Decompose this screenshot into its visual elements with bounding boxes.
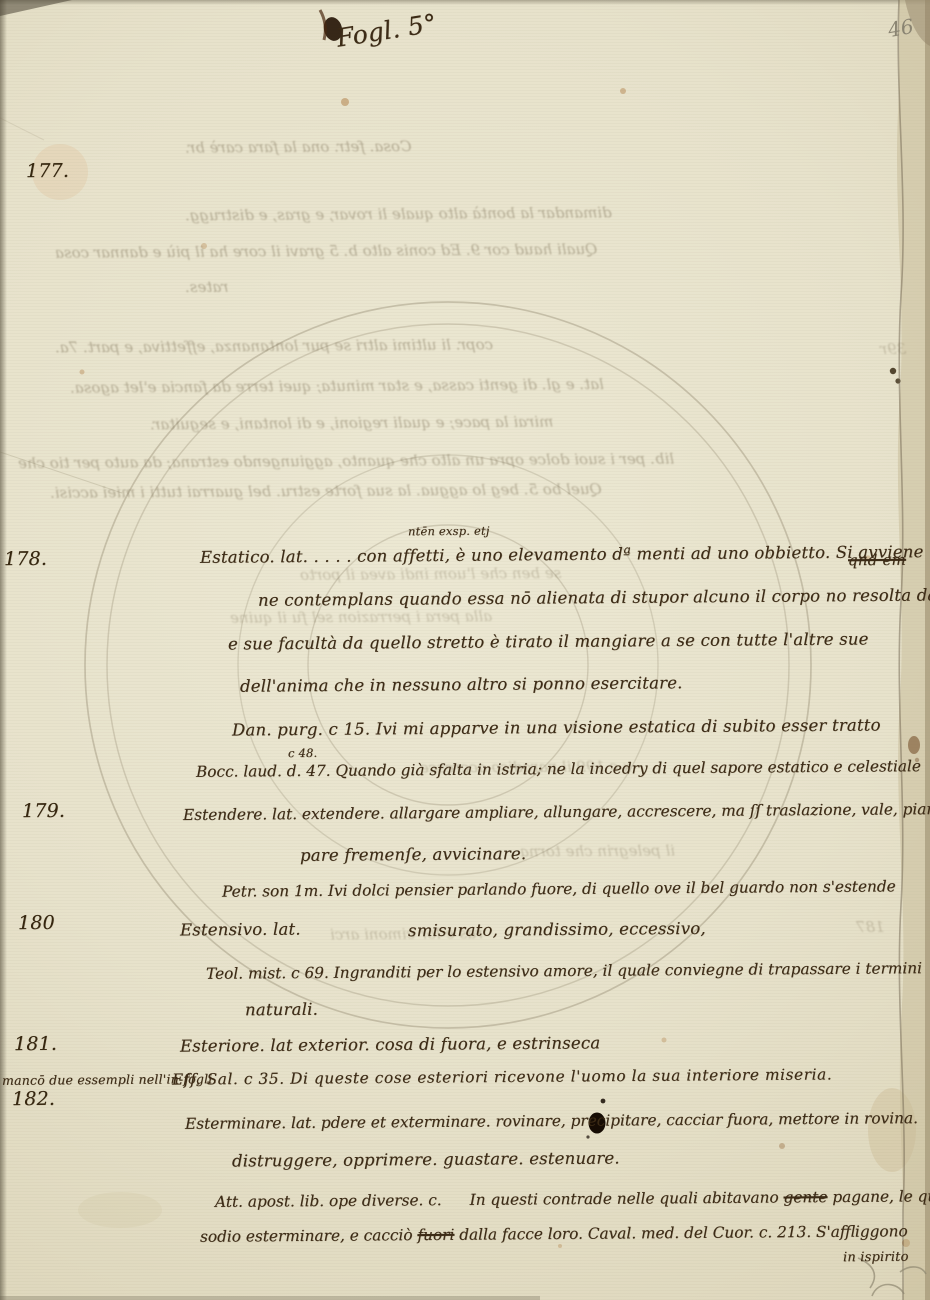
manuscript-page: Cosa. fetr. ona la fara carè br. dimanda…: [0, 0, 930, 1300]
citation-text-end: pagane, le quali: [832, 1187, 930, 1206]
bleedthrough-line: lat. e gl. di genti cassa, e star minuta…: [70, 375, 604, 397]
entry-179-line-2: pare fremenſe, avvicinare.: [300, 844, 526, 865]
entry-178-struck-words: qnd em: [848, 551, 906, 569]
bleedthrough-line: Cosa. fetr. ona la fara carè br.: [185, 137, 412, 157]
bleedthrough-number: 187: [856, 918, 885, 936]
citation-source: Att. apost. lib. ope diverse. c.: [215, 1191, 442, 1211]
struck-word: gente: [783, 1188, 827, 1206]
bleedthrough-line: alla pera i perrazion sel fu il quine: [230, 607, 492, 627]
struck-word: fuori: [417, 1226, 454, 1244]
bleedthrough-line: Quali haud cor 9. Ed conis alto b. 5 gra…: [55, 240, 598, 262]
entry-178-citation-superscript: c 48.: [288, 746, 317, 760]
right-deckle-edge: [897, 0, 930, 1300]
bleedthrough-line: il pelegrin che torna: [520, 841, 675, 860]
folio-number: 46: [886, 14, 915, 42]
entry-178-interlinear-insertion: ntēn exsp. etj: [408, 524, 490, 539]
bleedthrough-number: 39r: [880, 340, 906, 358]
citation-text: In questi contrade nelle quali abitavano: [470, 1188, 779, 1208]
entry-180-citation-continuation: naturali.: [245, 1000, 318, 1020]
bleedthrough-line: se ben che l'uom indi avea il porto: [300, 564, 562, 584]
entry-number-181: 181.: [14, 1033, 57, 1055]
entry-number-180: 180: [18, 912, 55, 934]
entry-182-catchword: in ispirito: [843, 1250, 909, 1266]
bleedthrough-line: copr. li ultimi altri se pur lontananza,…: [55, 335, 493, 356]
citation-text: sodio esterminare, e cacciò: [200, 1226, 413, 1246]
entry-182-line-2: distruggere, opprimere. guastare. estenu…: [232, 1148, 620, 1170]
bleedthrough-line: Quel bo 5. beg lo aggua. la sua forte es…: [50, 480, 602, 502]
entry-number-182: 182.: [12, 1088, 55, 1110]
entry-178-line-4: dell'anima che in nessuno altro si ponno…: [240, 673, 683, 695]
entry-180-headword: Estensivo. lat.: [180, 920, 301, 940]
entry-180-definition: smisurato, grandissimo, eccessivo,: [408, 919, 706, 940]
bleedthrough-line: mirai la pace; e quali regioni, e di lon…: [150, 413, 553, 434]
citation-text-end: dalla facce loro. Caval. med. del Cuor. …: [459, 1222, 908, 1244]
entry-181-line-1: Esteriore. lat exterior. cosa di fuora, …: [180, 1033, 600, 1055]
bottom-edge-shadow: [0, 1296, 540, 1300]
entry-number-177: 177.: [26, 160, 69, 182]
entry-number-179: 179.: [22, 800, 65, 822]
bleedthrough-line: dimandar la bontà alto quale li rovar, e…: [185, 204, 612, 225]
bleedthrough-line: rates.: [185, 278, 229, 296]
entry-number-178: 178.: [4, 548, 47, 570]
top-left-corner-shadow: [0, 0, 72, 16]
